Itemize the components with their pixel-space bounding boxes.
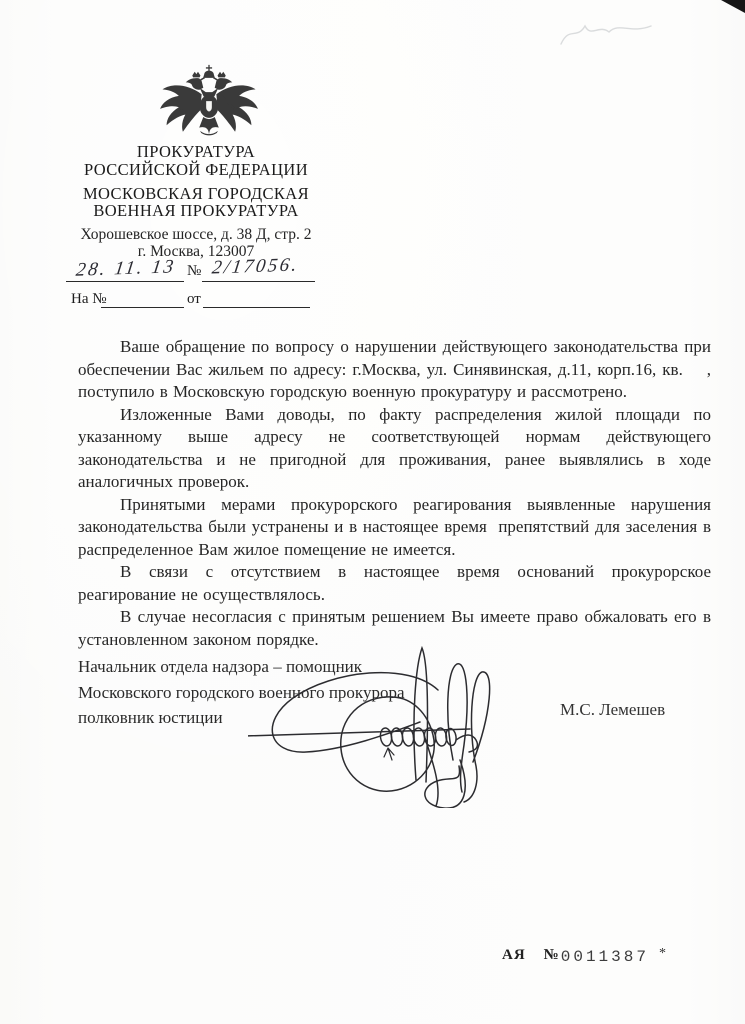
handwritten-date: 28. 11. 13 <box>74 256 177 282</box>
stamp-number-sign: № <box>544 947 559 963</box>
number-underline <box>202 281 315 282</box>
form-stamp: АЯ № 0011387 * <box>502 946 666 964</box>
faint-pencil-mark <box>555 10 665 60</box>
org-name-line-3: МОСКОВСКАЯ ГОРОДСКАЯ <box>46 185 346 203</box>
reply-to-number-label: На № <box>71 291 107 308</box>
scanned-letter-page: ПРОКУРАТУРА РОССИЙСКОЙ ФЕДЕРАЦИИ МОСКОВС… <box>0 0 745 1024</box>
handwritten-outgoing-number: 2/17056. <box>210 254 300 279</box>
body-paragraph: Изложенные Вами доводы, по факту распред… <box>78 404 711 494</box>
scan-corner-artifact <box>721 0 745 13</box>
handwritten-signature <box>248 640 496 808</box>
body-paragraph: Ваше обращение по вопросу о нарушении де… <box>78 336 711 404</box>
org-name-line-1: ПРОКУРАТУРА <box>46 143 346 161</box>
body-paragraph: Принятыми мерами прокурорского реагирова… <box>78 494 711 562</box>
letter-body: Ваше обращение по вопросу о нарушении де… <box>78 336 711 651</box>
org-address-street: Хорошевское шоссе, д. 38 Д, стр. 2 <box>46 227 346 244</box>
stamp-series: АЯ <box>502 947 526 963</box>
reply-from-label: от <box>187 291 201 308</box>
number-sign: № <box>187 263 201 280</box>
reply-date-blank-line <box>203 307 310 308</box>
org-name-line-4: ВОЕННАЯ ПРОКУРАТУРА <box>46 202 346 220</box>
reply-number-blank-line <box>101 307 184 308</box>
org-name-line-2: РОССИЙСКОЙ ФЕДЕРАЦИИ <box>46 161 346 179</box>
stamp-number: 0011387 <box>561 948 649 966</box>
signer-name: М.С. Лемешев <box>560 700 665 720</box>
body-paragraph: В связи с отсутствием в настоящее время … <box>78 561 711 606</box>
stamp-asterisk: * <box>659 946 666 961</box>
reference-block: 28. 11. 13 № 2/17056. На № от <box>60 252 360 314</box>
letterhead: ПРОКУРАТУРА РОССИЙСКОЙ ФЕДЕРАЦИИ МОСКОВС… <box>46 143 346 261</box>
coat-of-arms-eagle-icon <box>156 62 262 146</box>
date-underline <box>66 281 184 282</box>
